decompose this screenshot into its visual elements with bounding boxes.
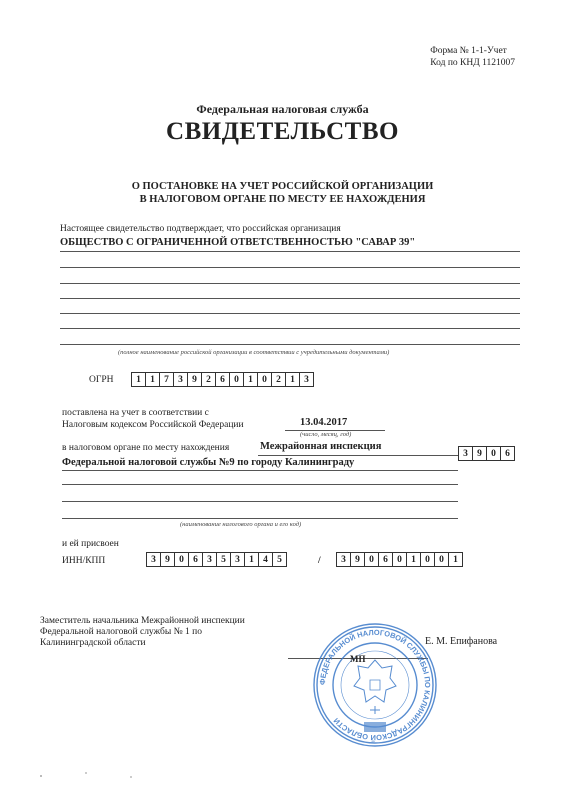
ogrn-digit-cell: 1 <box>132 373 146 386</box>
registration-date: 13.04.2017 <box>300 417 347 428</box>
inn-digit-cell: 6 <box>189 553 203 566</box>
official-seal-stamp: ФЕДЕРАЛЬНОЙ НАЛОГОВОЙ СЛУЖБЫ ПО КАЛИНИНГ… <box>312 622 438 748</box>
authority-code-cells: 3906 <box>458 446 515 461</box>
fill-line <box>60 298 520 299</box>
inn-digit-cell: 9 <box>161 553 175 566</box>
fill-line <box>60 328 520 329</box>
document-subtitle: О ПОСТАНОВКЕ НА УЧЕТ РОССИЙСКОЙ ОРГАНИЗА… <box>0 180 565 206</box>
kpp-digit-cell: 0 <box>421 553 435 566</box>
ogrn-digit-cell: 1 <box>286 373 300 386</box>
signer-position-line-2: Федеральной налоговой службы № 1 по <box>40 627 245 638</box>
kpp-digit-cell: 0 <box>365 553 379 566</box>
fill-line <box>62 501 458 502</box>
authority-code-digit-cell: 0 <box>487 447 501 460</box>
registration-line-2: Налоговым кодексом Российской Федерации <box>62 420 244 430</box>
fill-line <box>60 313 520 314</box>
inn-digit-cell: 3 <box>203 553 217 566</box>
authority-name-part-1: Межрайонная инспекция <box>260 441 381 452</box>
inn-digit-cell: 1 <box>245 553 259 566</box>
ogrn-digit-cell: 1 <box>146 373 160 386</box>
authority-code-digit-cell: 9 <box>473 447 487 460</box>
authority-name-part-2: Федеральной налоговой службы №9 по город… <box>62 457 354 468</box>
authority-code-digit-cell: 6 <box>501 447 514 460</box>
scan-speck <box>40 775 42 777</box>
ogrn-label: ОГРН <box>89 375 114 385</box>
scan-speck <box>130 776 132 778</box>
fill-line <box>60 267 520 268</box>
kpp-cells: 390601001 <box>336 552 463 567</box>
subtitle-line-2: В НАЛОГОВОМ ОРГАНЕ ПО МЕСТУ ЕЕ НАХОЖДЕНИ… <box>0 193 565 206</box>
ogrn-digit-cell: 1 <box>244 373 258 386</box>
authority-caption: (наименование налогового органа и его ко… <box>180 521 301 528</box>
inn-kpp-separator: / <box>318 556 321 566</box>
inn-cells: 3906353145 <box>146 552 287 567</box>
inn-digit-cell: 5 <box>273 553 286 566</box>
fill-line <box>62 484 458 485</box>
ogrn-digit-cell: 6 <box>216 373 230 386</box>
kpp-digit-cell: 1 <box>407 553 421 566</box>
authority-intro: в налоговом органе по месту нахождения <box>62 443 229 453</box>
authority-code-digit-cell: 3 <box>459 447 473 460</box>
kpp-digit-cell: 0 <box>393 553 407 566</box>
kpp-digit-cell: 3 <box>337 553 351 566</box>
subtitle-line-1: О ПОСТАНОВКЕ НА УЧЕТ РОССИЙСКОЙ ОРГАНИЗА… <box>0 180 565 193</box>
ogrn-digit-cell: 9 <box>188 373 202 386</box>
fill-line <box>258 455 458 456</box>
fill-line <box>62 470 458 471</box>
inn-kpp-label: ИНН/КПП <box>62 556 105 566</box>
inn-digit-cell: 3 <box>147 553 161 566</box>
form-code-block: Форма № 1-1-Учет Код по КНД 1121007 <box>430 45 515 69</box>
signer-position-line-3: Калининградской области <box>40 638 245 649</box>
knd-code: Код по КНД 1121007 <box>430 57 515 69</box>
organization-caption: (полное наименование российской организа… <box>118 349 389 356</box>
kpp-digit-cell: 6 <box>379 553 393 566</box>
registration-line-1: поставлена на учет в соответствии с <box>62 408 209 418</box>
organization-name: ОБЩЕСТВО С ОГРАНИЧЕННОЙ ОТВЕТСТВЕННОСТЬЮ… <box>60 237 415 248</box>
signer-position: Заместитель начальника Межрайонной инспе… <box>40 616 245 649</box>
document-title: СВИДЕТЕЛЬСТВО <box>0 118 565 146</box>
inn-digit-cell: 3 <box>231 553 245 566</box>
kpp-digit-cell: 0 <box>435 553 449 566</box>
date-caption: (число, месяц, год) <box>300 431 351 438</box>
ogrn-digit-cell: 2 <box>272 373 286 386</box>
ogrn-digit-cell: 7 <box>160 373 174 386</box>
eagle-emblem-icon <box>354 660 396 702</box>
inn-digit-cell: 0 <box>175 553 189 566</box>
kpp-digit-cell: 1 <box>449 553 462 566</box>
seal-mark: МП <box>350 654 366 664</box>
organization-intro: Настоящее свидетельство подтверждает, чт… <box>60 224 341 234</box>
fill-line <box>62 518 458 519</box>
ogrn-digit-cell: 3 <box>174 373 188 386</box>
ogrn-digit-cell: 2 <box>202 373 216 386</box>
assigned-text: и ей присвоен <box>62 539 119 549</box>
inn-digit-cell: 4 <box>259 553 273 566</box>
scan-speck <box>85 772 87 774</box>
ogrn-digit-cell: 3 <box>300 373 313 386</box>
inn-digit-cell: 5 <box>217 553 231 566</box>
ogrn-cells: 1173926010213 <box>131 372 314 387</box>
ogrn-digit-cell: 0 <box>258 373 272 386</box>
ogrn-digit-cell: 0 <box>230 373 244 386</box>
fill-line <box>60 283 520 284</box>
agency-name: Федеральная налоговая служба <box>0 102 565 117</box>
kpp-digit-cell: 9 <box>351 553 365 566</box>
fill-line <box>60 344 520 345</box>
signer-position-line-1: Заместитель начальника Межрайонной инспе… <box>40 616 245 627</box>
form-number: Форма № 1-1-Учет <box>430 45 515 57</box>
fill-line <box>60 251 520 252</box>
